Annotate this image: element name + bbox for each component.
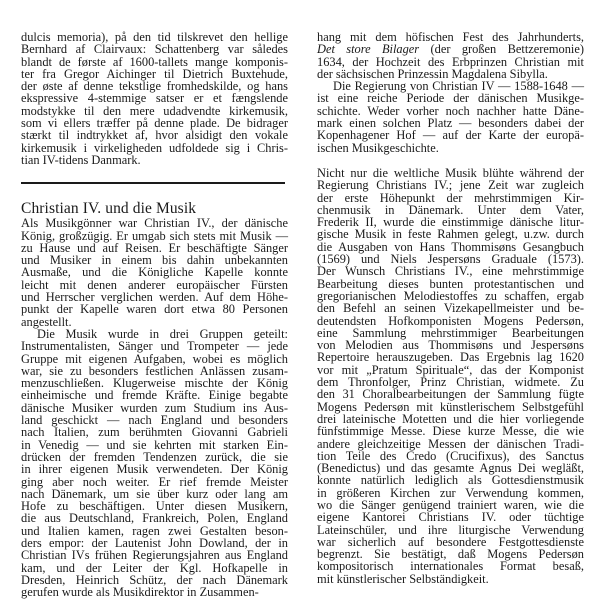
text-line: gerufen wurde als Musikdirektor in Zusam…	[21, 586, 288, 598]
text-line: gische Musik in feste Rahmen gelegt, u.z…	[317, 228, 584, 240]
paragraph-kirchenmusik: Nicht nur die weltliche Musik blühte wäh…	[317, 167, 584, 585]
text-line: Det store Bilager (der großen Bettzeremo…	[317, 43, 584, 55]
left-column: dulcis memoria), på den tid tilskrevet d…	[21, 31, 288, 598]
text-line: ischen Musikgeschichte.	[317, 142, 584, 154]
text-line: nach Italien, zum berühmten Giovanni Gab…	[21, 426, 288, 438]
text-line: König, großzügig. Er umgab sich stets mi…	[21, 230, 288, 242]
section-divider	[21, 182, 285, 184]
text-line: fünfstimmige Messe. Diese kurze Messe, d…	[317, 425, 584, 437]
text-line: einheimische und fremde Kräfte. Einige b…	[21, 389, 288, 401]
text-line: der erste Höhepunkt der mehrstimmigen Ki…	[317, 192, 584, 204]
text-line: Instrumentalisten, Sänger und Trompeter …	[21, 340, 288, 352]
section-heading: Christian IV. und die Musik	[21, 201, 288, 216]
text-line: Gruppe mit eigenen Aufgaben, wobei es mö…	[21, 353, 288, 365]
paragraph-regierung: Die Regierung von Christian IV — 1588-16…	[317, 80, 584, 154]
text-line: ist eine reiche Periode der dänischen Mu…	[317, 92, 584, 104]
text-line: Als Musikgönner war Christian IV., der d…	[21, 217, 288, 229]
text-line: eigene Kantorei Christians IV. oder tüch…	[317, 511, 584, 523]
paragraph-musikgoenner: Als Musikgönner war Christian IV., der d…	[21, 217, 288, 328]
document-page: dulcis memoria), på den tid tilskrevet d…	[0, 0, 594, 599]
paragraph-drei-gruppen: Die Musik wurde in drei Gruppen geteilt:…	[21, 328, 288, 599]
text-line: mit künstlerischer Selbständigkeit.	[317, 573, 584, 585]
text-line: tian IV-tidens Danmark.	[21, 154, 288, 166]
paragraph-bilager: hang mit dem höfischen Fest des Jahrhund…	[317, 31, 584, 80]
text-line: den Befehl an seinen Vizekapellmeister u…	[317, 302, 584, 314]
text-line: Der Wunsch Christians IV., eine mehrstim…	[317, 265, 584, 277]
text-line: Bernhard af Clairvaux: Schattenberg var …	[21, 43, 288, 55]
text-line: Repertoire herauszugeben. Das Ergebnis l…	[317, 351, 584, 363]
text-line: die aus Deutschland, Frankreich, Polen, …	[21, 512, 288, 524]
text-line: Christian IVs frühen Regierungsjahren au…	[21, 549, 288, 561]
danish-intro-paragraph: dulcis memoria), på den tid tilskrevet d…	[21, 31, 288, 166]
text-line: kompositorisch internationales Format be…	[317, 560, 584, 572]
text-line: in ihrer eigenen Musik verwendeten. Der …	[21, 463, 288, 475]
text-line: Kopenhagener Hof — auf der Karte der eur…	[317, 129, 584, 141]
text-line: punkt der Kapelle waren dort etwa 80 Per…	[21, 303, 288, 315]
text-line: deutendsten Hofkomponisten Mogens Peders…	[317, 315, 584, 327]
text-line: konnte natürlich lediglich als Gottesdie…	[317, 474, 584, 486]
right-column: hang mit dem höfischen Fest des Jahrhund…	[317, 31, 584, 585]
text-line: Regierung Christians IV.; jene Zeit war …	[317, 179, 584, 191]
text-line: andere gleichzeitige Messen der dänische…	[317, 438, 584, 450]
text-line: Ausmaße, und die Königliche Kapelle konn…	[21, 266, 288, 278]
text-line: ging aber noch weiter. Er rief fremde Me…	[21, 476, 288, 488]
text-line: stærkt til indtrykket af, hvor alsidigt …	[21, 129, 288, 141]
text-line: den 31 Choralbearbeitungen der Sammlung …	[317, 388, 584, 400]
text-line: ekspressive 4-stemmige satser er et fæng…	[21, 92, 288, 104]
